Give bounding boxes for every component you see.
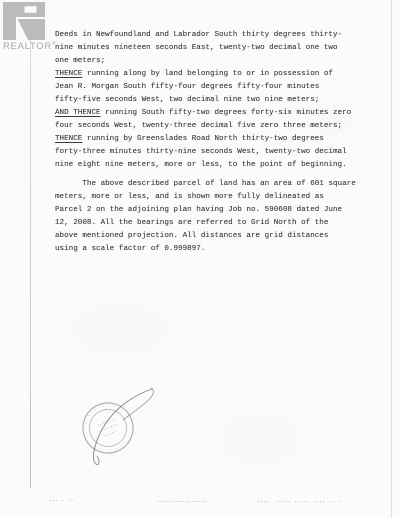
deed-line-underline: AND THENCE [55, 109, 101, 117]
footer-mark-right: ---· -···· ····· ··-- ·· · [257, 500, 341, 505]
scanned-deed-page: REALTOR® Deeds in Newfoundland and Labra… [0, 0, 400, 518]
metes-and-bounds-paragraph: Deeds in Newfoundland and Labrador South… [55, 29, 365, 172]
deed-line: Jean R. Morgan South fifty-four degrees … [55, 81, 365, 94]
deed-line: one meters; [55, 55, 365, 68]
deed-line-text: four seconds West, twenty-three decimal … [55, 122, 342, 130]
deed-line-text: nine eight nine meters, more or less, to… [55, 161, 347, 169]
deed-line: nine eight nine meters, more or less, to… [55, 159, 365, 172]
page-right-edge [391, 0, 392, 518]
deed-line: 12, 2008. All the bearings are referred … [55, 217, 365, 230]
deed-line-underline: THENCE [55, 70, 82, 78]
realtor-wordmark: REALTOR® [3, 41, 56, 52]
deed-line: using a scale factor of 0.999897. [55, 243, 365, 256]
deed-line: above mentioned projection. All distance… [55, 230, 365, 243]
deed-line: meters, more or less, and is shown more … [55, 191, 365, 204]
footer-mark-center: -----·---·------ [157, 500, 207, 505]
deed-line: Parcel 2 on the adjoining plan having Jo… [55, 204, 365, 217]
footer-mark-left: -·· · -· [49, 499, 74, 504]
deed-line-text: forty-three minutes thirty-nine seconds … [55, 148, 347, 156]
deed-line: forty-three minutes thirty-nine seconds … [55, 146, 365, 159]
realtor-logo: REALTOR® [3, 2, 63, 56]
surveyor-seal-stamp: · ·· ··· ·· ··· ·· · ·· ··· ·· ··· ·· -·… [60, 383, 170, 483]
realtor-wordmark-text: REALTOR [3, 41, 52, 52]
deed-line: The above described parcel of land has a… [55, 178, 365, 191]
deed-line: AND THENCE running South fifty-two degre… [55, 107, 365, 120]
deed-line-text: running South fifty-two degrees forty-si… [101, 109, 352, 117]
deed-line-underline: THENCE [55, 135, 82, 143]
deed-line-text: one meters; [55, 57, 105, 65]
deed-line: fifty-five seconds West, two decimal nin… [55, 94, 365, 107]
deed-line-text: fifty-five seconds West, two decimal nin… [55, 96, 319, 104]
deed-line-text: running by Greenslades Road North thirty… [82, 135, 324, 143]
deed-line: four seconds West, twenty-three decimal … [55, 120, 365, 133]
deed-line: nine minutes nineteen seconds East, twen… [55, 42, 365, 55]
deed-line-text: running along by land belonging to or in… [82, 70, 333, 78]
deed-line: Deeds in Newfoundland and Labrador South… [55, 29, 365, 42]
parcel-summary-paragraph: The above described parcel of land has a… [55, 178, 365, 256]
deed-line: THENCE running along by land belonging t… [55, 68, 365, 81]
deed-line: THENCE running by Greenslades Road North… [55, 133, 365, 146]
deed-line-text: nine minutes nineteen seconds East, twen… [55, 44, 338, 52]
deed-text-block: Deeds in Newfoundland and Labrador South… [55, 29, 365, 256]
deed-line-text: Deeds in Newfoundland and Labrador South… [55, 31, 342, 39]
deed-line-text: Jean R. Morgan South fifty-four degrees … [55, 83, 319, 91]
realtor-r-icon [3, 2, 45, 40]
scan-fold-line [30, 36, 31, 488]
